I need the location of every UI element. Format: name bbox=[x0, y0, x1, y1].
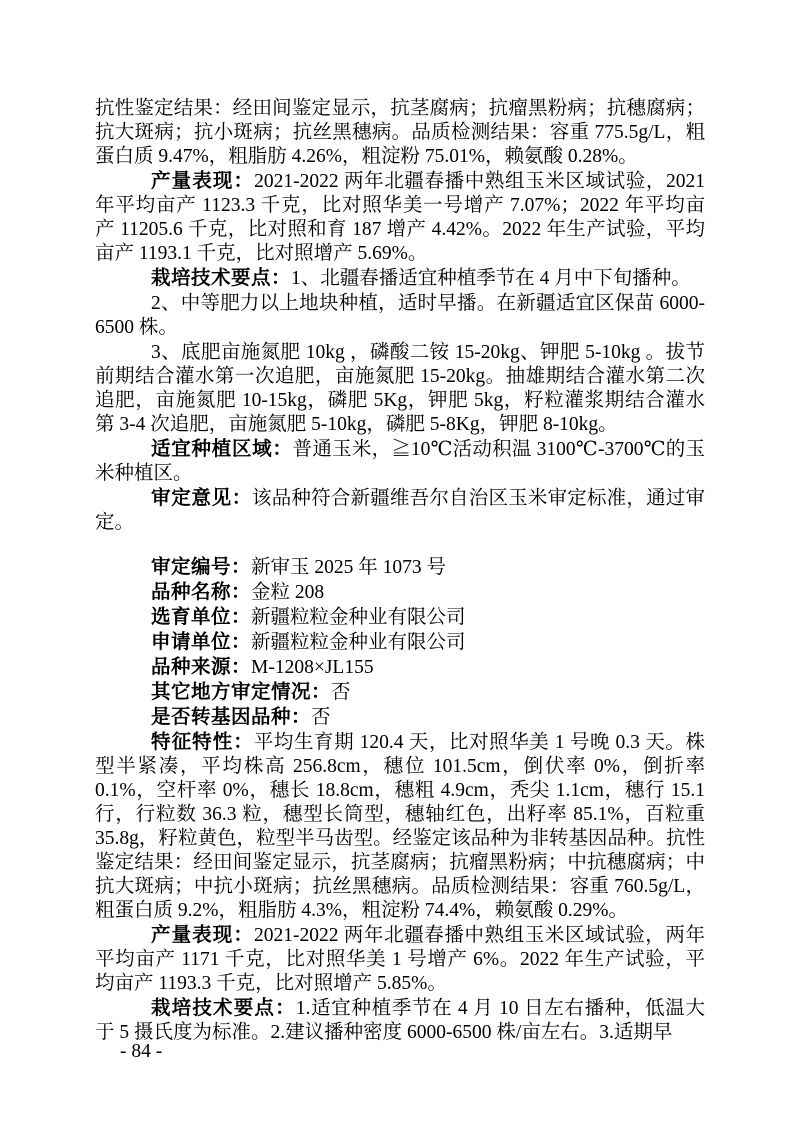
page-number: - 84 - bbox=[120, 1040, 162, 1064]
field-label: 产量表现： bbox=[151, 924, 254, 946]
paragraph: 申请单位：新疆粒粒金种业有限公司 bbox=[95, 630, 705, 655]
paragraph: 品种来源：M-1208×JL155 bbox=[95, 655, 705, 680]
paragraph-text: 抗性鉴定结果：经田间鉴定显示，抗茎腐病；抗瘤黑粉病；抗穗腐病；抗大斑病；抗小斑病… bbox=[95, 98, 705, 167]
field-label: 栽培技术要点： bbox=[151, 997, 296, 1019]
paragraph-text: M-1208×JL155 bbox=[251, 657, 374, 678]
paragraph-text: 3、底肥亩施氮肥 10kg ，磷酸二铵 15-20kg、钾肥 5-10kg 。拔… bbox=[95, 342, 705, 435]
field-label: 选育单位： bbox=[151, 606, 251, 628]
paragraph: 栽培技术要点：1、北疆春播适宜种植季节在 4 月中下旬播种。 bbox=[95, 266, 705, 291]
field-label: 审定编号： bbox=[151, 556, 251, 578]
paragraph-text: 1、北疆春播适宜种植季节在 4 月中下旬播种。 bbox=[291, 268, 691, 289]
document-body: 抗性鉴定结果：经田间鉴定显示，抗茎腐病；抗瘤黑粉病；抗穗腐病；抗大斑病；抗小斑病… bbox=[95, 96, 705, 1045]
paragraph: 产量表现：2021-2022 两年北疆春播中熟组玉米区域试验，两年平均亩产 11… bbox=[95, 923, 705, 996]
paragraph-text: 新审玉 2025 年 1073 号 bbox=[251, 557, 446, 578]
field-label: 其它地方审定情况： bbox=[151, 681, 331, 703]
blank-line bbox=[95, 535, 705, 555]
field-label: 适宜种植区域： bbox=[151, 438, 293, 460]
field-label: 申请单位： bbox=[151, 631, 251, 653]
paragraph: 栽培技术要点：1.适宜种植季节在 4 月 10 日左右播种，低温大于 5 摄氏度… bbox=[95, 996, 705, 1045]
paragraph-text: 否 bbox=[331, 682, 351, 703]
paragraph-text: 2、中等肥力以上地块种植，适时早播。在新疆适宜区保苗 6000-6500 株。 bbox=[95, 293, 705, 338]
document-page: 抗性鉴定结果：经田间鉴定显示，抗茎腐病；抗瘤黑粉病；抗穗腐病；抗大斑病；抗小斑病… bbox=[0, 0, 793, 1122]
paragraph-text: 新疆粒粒金种业有限公司 bbox=[251, 632, 466, 653]
paragraph: 适宜种植区域：普通玉米，≧10℃活动积温 3100℃-3700℃的玉米种植区。 bbox=[95, 437, 705, 486]
paragraph: 3、底肥亩施氮肥 10kg ，磷酸二铵 15-20kg、钾肥 5-10kg 。拔… bbox=[95, 340, 705, 437]
paragraph: 特征特性：平均生育期 120.4 天，比对照华美 1 号晚 0.3 天。株型半紧… bbox=[95, 730, 705, 923]
field-label: 品种来源： bbox=[151, 656, 251, 678]
field-label: 栽培技术要点： bbox=[151, 267, 291, 289]
field-label: 产量表现： bbox=[151, 170, 254, 192]
field-label: 品种名称： bbox=[151, 581, 251, 603]
paragraph: 是否转基因品种：否 bbox=[95, 705, 705, 730]
paragraph: 其它地方审定情况：否 bbox=[95, 680, 705, 705]
paragraph-text: 平均生育期 120.4 天，比对照华美 1 号晚 0.3 天。株型半紧凑，平均株… bbox=[95, 732, 705, 921]
field-label: 审定意见： bbox=[151, 487, 252, 509]
paragraph: 产量表现：2021-2022 两年北疆春播中熟组玉米区域试验，2021 年平均亩… bbox=[95, 169, 705, 266]
paragraph: 抗性鉴定结果：经田间鉴定显示，抗茎腐病；抗瘤黑粉病；抗穗腐病；抗大斑病；抗小斑病… bbox=[95, 96, 705, 169]
paragraph: 选育单位：新疆粒粒金种业有限公司 bbox=[95, 605, 705, 630]
paragraph-text: 否 bbox=[311, 707, 331, 728]
paragraph: 品种名称：金粒 208 bbox=[95, 580, 705, 605]
paragraph-text: 新疆粒粒金种业有限公司 bbox=[251, 607, 466, 628]
paragraph: 2、中等肥力以上地块种植，适时早播。在新疆适宜区保苗 6000-6500 株。 bbox=[95, 291, 705, 340]
paragraph: 审定意见：该品种符合新疆维吾尔自治区玉米审定标准，通过审定。 bbox=[95, 486, 705, 535]
field-label: 特征特性： bbox=[151, 731, 254, 753]
paragraph: 审定编号：新审玉 2025 年 1073 号 bbox=[95, 555, 705, 580]
paragraph-text: 金粒 208 bbox=[251, 582, 324, 603]
field-label: 是否转基因品种： bbox=[151, 706, 311, 728]
